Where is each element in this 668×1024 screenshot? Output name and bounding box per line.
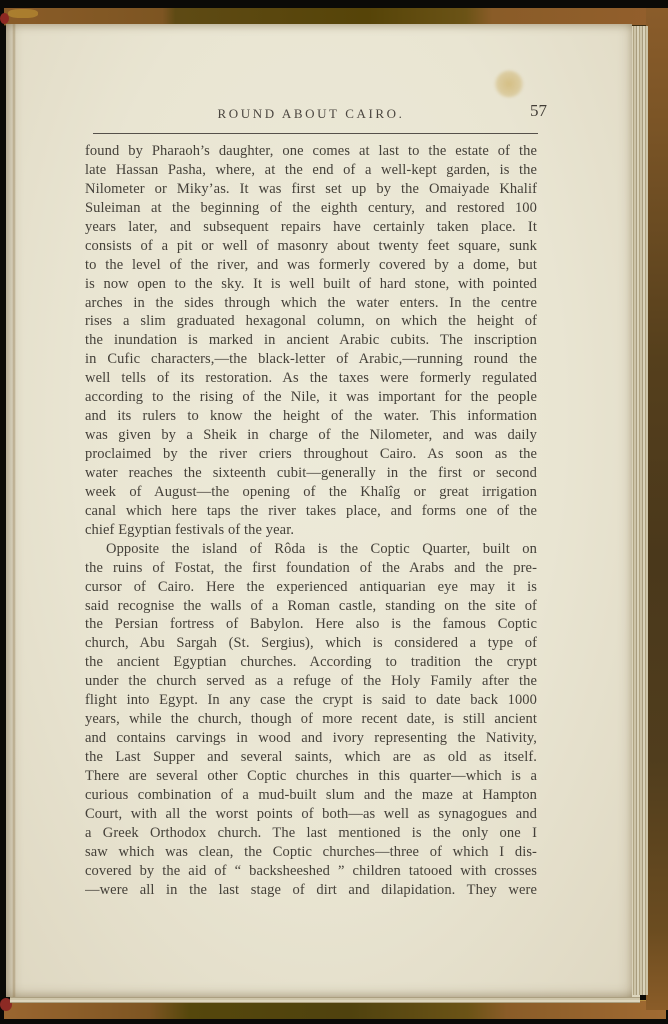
text-line: covered by the aid of “ backsheeshed ” c… bbox=[85, 862, 537, 881]
book-cover-right-edge bbox=[646, 8, 668, 1010]
text-line: the inundation is marked in ancient Arab… bbox=[85, 331, 537, 350]
text-line: water reaches the sixteenth cubit—genera… bbox=[85, 464, 537, 483]
page-edges-right bbox=[631, 26, 648, 995]
text-line: cursor of Cairo. Here the experienced an… bbox=[85, 578, 537, 597]
text-line: the ruins of Fostat, the first foundatio… bbox=[85, 559, 537, 578]
text-line: church, Abu Sargah (St. Sergius), which … bbox=[85, 634, 537, 653]
text-line: and contains carvings in wood and ivory … bbox=[85, 729, 537, 748]
headband-gold-speck bbox=[8, 9, 38, 18]
running-title: ROUND ABOUT CAIRO. bbox=[85, 106, 537, 122]
header-rule bbox=[93, 133, 538, 134]
book-photo: ROUND ABOUT CAIRO. 57 found by Pharaoh’s… bbox=[0, 0, 668, 1024]
text-block: found by Pharaoh’s daughter, one comes a… bbox=[85, 142, 537, 900]
text-line: flight into Egypt. In any case the crypt… bbox=[85, 691, 537, 710]
text-line: the Persian fortress of Babylon. Here al… bbox=[85, 615, 537, 634]
gutter-crease bbox=[12, 24, 16, 997]
text-line: to the level of the river, and was forme… bbox=[85, 256, 537, 275]
text-line: consists of a pit or well of masonry abo… bbox=[85, 237, 537, 256]
text-line: There are several other Coptic churches … bbox=[85, 767, 537, 786]
text-line: is now open to the sky. It is well built… bbox=[85, 275, 537, 294]
text-line: saw which was clean, the Coptic churches… bbox=[85, 843, 537, 862]
page-header: ROUND ABOUT CAIRO. 57 bbox=[85, 100, 537, 130]
text-line: the Last Supper and several saints, whic… bbox=[85, 748, 537, 767]
text-line: a Greek Orthodox church. The last mentio… bbox=[85, 824, 537, 843]
text-line: —were all in the last stage of dirt and … bbox=[85, 881, 537, 900]
text-line: under the church served as a refuge of t… bbox=[85, 672, 537, 691]
text-line: years, while the church, though of more … bbox=[85, 710, 537, 729]
text-line: chief Egyptian festivals of the year. bbox=[85, 521, 537, 540]
text-line: canal which here taps the river takes pl… bbox=[85, 502, 537, 521]
text-line: and its rulers to know the height of the… bbox=[85, 407, 537, 426]
text-line: curious combination of a mud-built slum … bbox=[85, 786, 537, 805]
text-line: Opposite the island of Rôda is the Copti… bbox=[85, 540, 537, 559]
page-number: 57 bbox=[530, 101, 547, 121]
text-line: proclaimed by the river criers throughou… bbox=[85, 445, 537, 464]
text-line: in Cufic characters,—the black-letter of… bbox=[85, 350, 537, 369]
text-line: found by Pharaoh’s daughter, one comes a… bbox=[85, 142, 537, 161]
foxing-stain bbox=[494, 70, 524, 98]
text-line: rises a slim graduated hexagonal column,… bbox=[85, 312, 537, 331]
text-line: arches in the sides through which the wa… bbox=[85, 294, 537, 313]
text-line: week of August—the opening of the Khalîg… bbox=[85, 483, 537, 502]
text-line: according to the rising of the Nile, it … bbox=[85, 388, 537, 407]
text-line: well tells of its restoration. As the ta… bbox=[85, 369, 537, 388]
text-line: years later, and subsequent repairs have… bbox=[85, 218, 537, 237]
text-line: Suleiman at the beginning of the eighth … bbox=[85, 199, 537, 218]
text-line: the ancient Egyptian churches. According… bbox=[85, 653, 537, 672]
book-page: ROUND ABOUT CAIRO. 57 found by Pharaoh’s… bbox=[6, 24, 632, 997]
text-line: Court, with all the worst points of both… bbox=[85, 805, 537, 824]
text-line: Nilometer or Miky’as. It was first set u… bbox=[85, 180, 537, 199]
text-line: said recognise the walls of a Roman cast… bbox=[85, 597, 537, 616]
text-line: was given by a Sheik in charge of the Ni… bbox=[85, 426, 537, 445]
text-line: late Hassan Pasha, where, at the end of … bbox=[85, 161, 537, 180]
